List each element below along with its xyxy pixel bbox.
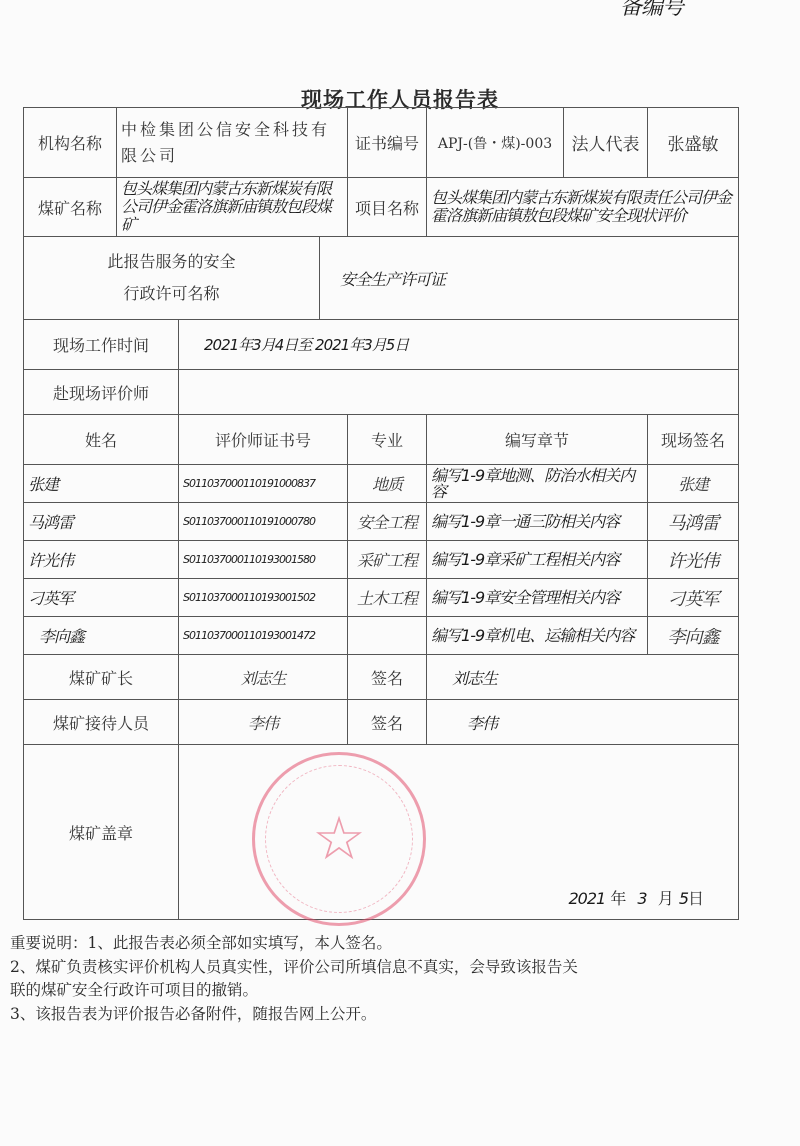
staff-cert: S011037000110191000780 <box>179 503 348 541</box>
staff-row: 许光伟 S011037000110193001580 采矿工程 编写1-9章采矿… <box>24 541 739 579</box>
staff-signature: 张建 <box>648 465 739 503</box>
permit-value: 安全生产许可证 <box>320 237 739 320</box>
reception-sig-label: 签名 <box>348 700 427 745</box>
legal-rep-value: 张盛敏 <box>648 108 739 178</box>
staff-signature: 刁英军 <box>648 579 739 617</box>
note-line-4: 3、该报告表为评价报告必备附件，随报告网上公开。 <box>10 1003 790 1027</box>
staff-row: 李向鑫 S011037000110193001472 编写1-9章机电、运输相关… <box>24 617 739 655</box>
assessors-value <box>179 370 739 415</box>
row-mine: 煤矿名称 包头煤集团内蒙古东新煤炭有限公司伊金霍洛旗新庙镇敖包段煤矿 项目名称 … <box>24 178 739 237</box>
mine-label: 煤矿名称 <box>24 178 117 237</box>
staff-signature: 马鸿雷 <box>648 503 739 541</box>
work-time-label: 现场工作时间 <box>24 320 179 370</box>
staff-name: 刁英军 <box>24 579 179 617</box>
staff-row: 刁英军 S011037000110193001502 土木工程 编写1-9章安全… <box>24 579 739 617</box>
staff-major: 安全工程 <box>348 503 427 541</box>
col-cert: 评价师证书号 <box>179 415 348 465</box>
staff-name: 张建 <box>24 465 179 503</box>
red-seal-stamp: ☆ <box>252 752 426 926</box>
note-line-3: 联的煤矿安全行政许可项目的撤销。 <box>10 979 790 1003</box>
reception-label: 煤矿接待人员 <box>24 700 179 745</box>
seal-date: 2021 年 3 月 5日 <box>183 886 734 909</box>
org-label: 机构名称 <box>24 108 117 178</box>
corner-handwriting: 备编号 <box>620 0 683 21</box>
cert-value: APJ-(鲁・煤)-003 <box>427 108 564 178</box>
staff-cert: S011037000110193001472 <box>179 617 348 655</box>
row-mine-head: 煤矿矿长 刘志生 签名 刘志生 <box>24 655 739 700</box>
staff-chapter: 编写1-9章地测、防治水相关内容 <box>427 465 648 503</box>
permit-label-line2: 行政许可名称 <box>28 278 315 310</box>
note-line-2: 2、煤矿负责核实评价机构人员真实性，评价公司所填信息不真实，会导致该报告关 <box>10 956 790 980</box>
legal-rep-label: 法人代表 <box>564 108 648 178</box>
year-char: 年 <box>610 889 626 908</box>
cert-label: 证书编号 <box>348 108 427 178</box>
staff-row: 张建 S011037000110191000837 地质 编写1-9章地测、防治… <box>24 465 739 503</box>
seal-date-day: 5 <box>679 889 688 908</box>
staff-chapter: 编写1-9章机电、运输相关内容 <box>427 617 648 655</box>
staff-cert: S011037000110191000837 <box>179 465 348 503</box>
row-work-time: 现场工作时间 2021年3月4日至 2021年3月5日 <box>24 320 739 370</box>
seal-date-year: 2021 <box>569 889 606 908</box>
month-char: 月 <box>658 889 674 908</box>
mine-head-label: 煤矿矿长 <box>24 655 179 700</box>
staff-chapter: 编写1-9章一通三防相关内容 <box>427 503 648 541</box>
staff-signature: 许光伟 <box>648 541 739 579</box>
staff-cert: S011037000110193001502 <box>179 579 348 617</box>
seal-label: 煤矿盖章 <box>24 745 179 920</box>
staff-name: 马鸿雷 <box>24 503 179 541</box>
mine-head-signature: 刘志生 <box>427 655 739 700</box>
staff-cert: S011037000110193001580 <box>179 541 348 579</box>
work-time-value: 2021年3月4日至 2021年3月5日 <box>179 320 739 370</box>
day-char: 日 <box>688 889 704 908</box>
staff-major: 地质 <box>348 465 427 503</box>
staff-signature: 李向鑫 <box>648 617 739 655</box>
row-permit: 此报告服务的安全 行政许可名称 安全生产许可证 <box>24 237 739 320</box>
mine-head-sig-label: 签名 <box>348 655 427 700</box>
reception-signature: 李伟 <box>427 700 739 745</box>
project-value: 包头煤集团内蒙古东新煤炭有限责任公司伊金霍洛旗新庙镇敖包段煤矿安全现状评价 <box>427 178 739 237</box>
staff-chapter: 编写1-9章采矿工程相关内容 <box>427 541 648 579</box>
row-assessors: 赴现场评价师 <box>24 370 739 415</box>
staff-major: 采矿工程 <box>348 541 427 579</box>
permit-label-line1: 此报告服务的安全 <box>28 246 315 278</box>
org-value: 中检集团公信安全科技有限公司 <box>117 108 348 178</box>
seal-inner-ring <box>265 765 413 913</box>
row-org: 机构名称 中检集团公信安全科技有限公司 证书编号 APJ-(鲁・煤)-003 法… <box>24 108 739 178</box>
staff-name: 李向鑫 <box>24 617 179 655</box>
note-line-1: 重要说明：1、此报告表必须全部如实填写，本人签名。 <box>10 932 790 956</box>
staff-major <box>348 617 427 655</box>
important-notes: 重要说明：1、此报告表必须全部如实填写，本人签名。 2、煤矿负责核实评价机构人员… <box>10 932 790 1026</box>
seal-date-month: 3 <box>637 889 646 908</box>
mine-value: 包头煤集团内蒙古东新煤炭有限公司伊金霍洛旗新庙镇敖包段煤矿 <box>117 178 348 237</box>
staff-chapter: 编写1-9章安全管理相关内容 <box>427 579 648 617</box>
staff-name: 许光伟 <box>24 541 179 579</box>
col-major: 专业 <box>348 415 427 465</box>
staff-major: 土木工程 <box>348 579 427 617</box>
col-name: 姓名 <box>24 415 179 465</box>
project-label: 项目名称 <box>348 178 427 237</box>
col-chapter: 编写章节 <box>427 415 648 465</box>
row-reception: 煤矿接待人员 李伟 签名 李伟 <box>24 700 739 745</box>
reception-value: 李伟 <box>179 700 348 745</box>
assessors-label: 赴现场评价师 <box>24 370 179 415</box>
mine-head-value: 刘志生 <box>179 655 348 700</box>
staff-header-row: 姓名 评价师证书号 专业 编写章节 现场签名 <box>24 415 739 465</box>
col-signature: 现场签名 <box>648 415 739 465</box>
staff-row: 马鸿雷 S011037000110191000780 安全工程 编写1-9章一通… <box>24 503 739 541</box>
